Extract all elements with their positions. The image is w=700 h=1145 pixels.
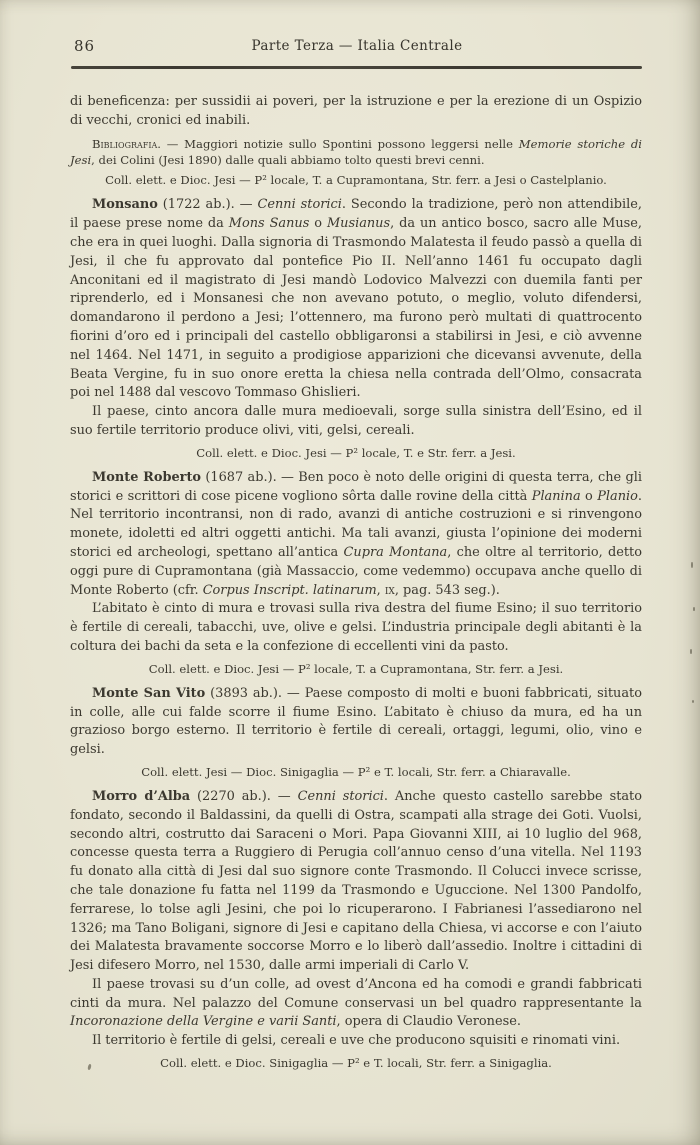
- scan-speck: [691, 562, 693, 568]
- coll-note-chiaravalle: Coll. elett. Jesi — Dioc. Sinigaglia — P…: [70, 764, 642, 780]
- text-segment: , pag. 543 seg.).: [395, 583, 500, 598]
- header-rule: [71, 66, 642, 69]
- scan-speck: [693, 607, 695, 611]
- text-segment: (1722 ab.). —: [158, 197, 258, 212]
- para-monte-roberto-abitato: L’abitato è cinto di mura e trovasi sull…: [70, 600, 642, 656]
- text-segment: Mons Sanus: [229, 216, 310, 231]
- text-segment: Planina: [532, 489, 581, 504]
- text-segment: , dei Colini (Jesi 1890) dalle quali abb…: [91, 153, 484, 167]
- text-segment: Planio: [597, 489, 638, 504]
- para-continuation-beneficenza: di beneficenza: per sussidii ai poveri, …: [70, 93, 642, 131]
- text-segment: . — Maggiori notizie sullo Spontini poss…: [157, 137, 519, 151]
- text-segment: Cenni storici: [298, 789, 384, 804]
- para-morro-paese: Il paese trovasi su d’un colle, ad ovest…: [70, 976, 642, 1032]
- para-monte-san-vito: Monte San Vito (3893 ab.). — Paese compo…: [70, 685, 642, 760]
- text-segment: Coll. elett. e Dioc. Sinigaglia — P² e T…: [160, 1056, 552, 1070]
- text-segment: ,: [377, 583, 385, 598]
- book-page: 86 Parte Terza — Italia Centrale di bene…: [0, 0, 700, 1145]
- text-segment: L’abitato è cinto di mura e trovasi sull…: [70, 601, 642, 654]
- scan-speck: [692, 700, 694, 703]
- text-column: di beneficenza: per sussidii ai poveri, …: [70, 93, 642, 1074]
- text-segment: Coll. elett. e Dioc. Jesi — P² locale, T…: [105, 173, 607, 187]
- text-segment: di beneficenza: per sussidii ai poveri, …: [70, 94, 642, 128]
- text-segment: . Anche questo castello sarebbe stato fo…: [70, 789, 642, 973]
- bibliografia-note: Bibliografia. — Maggiori notizie sullo S…: [70, 136, 642, 169]
- text-segment: Coll. elett. e Dioc. Jesi — P² locale, T…: [149, 662, 563, 676]
- text-segment: Monte Roberto: [92, 470, 201, 485]
- running-title: Parte Terza — Italia Centrale: [72, 38, 642, 54]
- text-segment: Cenni storici: [258, 197, 342, 212]
- text-segment: Monsano: [92, 197, 158, 212]
- text-segment: ix: [385, 583, 395, 598]
- para-monsano-paese: Il paese, cinto ancora dalle mura medioe…: [70, 403, 642, 441]
- para-morro-dalba: Morro d’Alba (2270 ab.). — Cenni storici…: [70, 788, 642, 976]
- para-morro-territorio: Il territorio è fertile di gelsi, cereal…: [70, 1032, 642, 1051]
- coll-note-jesi: Coll. elett. e Dioc. Jesi — P² locale, T…: [70, 445, 642, 461]
- text-segment: Bibliografia: [92, 137, 157, 151]
- text-segment: (2270 ab.). —: [190, 789, 298, 804]
- text-segment: , opera di Claudio Veronese.: [337, 1014, 521, 1029]
- text-segment: Coll. elett. Jesi — Dioc. Sinigaglia — P…: [141, 765, 571, 779]
- para-monte-roberto: Monte Roberto (1687 ab.). — Ben poco è n…: [70, 469, 642, 601]
- text-segment: Monte San Vito: [92, 686, 205, 701]
- text-segment: Cupra Montana: [344, 545, 448, 560]
- text-segment: Morro d’Alba: [92, 789, 190, 804]
- text-segment: Incoronazione della Vergine e varii Sant…: [70, 1014, 337, 1029]
- text-segment: o: [581, 489, 598, 504]
- coll-note-cupramontana: Coll. elett. e Dioc. Jesi — P² locale, T…: [70, 661, 642, 677]
- text-segment: Coll. elett. e Dioc. Jesi — P² locale, T…: [196, 446, 515, 460]
- coll-note-sinigaglia: Coll. elett. e Dioc. Sinigaglia — P² e T…: [70, 1055, 642, 1071]
- text-segment: Corpus Inscript. latinarum: [203, 583, 377, 598]
- text-segment: Musianus: [327, 216, 390, 231]
- text-segment: o: [309, 216, 327, 231]
- text-segment: Il paese trovasi su d’un colle, ad ovest…: [70, 977, 642, 1011]
- text-segment: Il paese, cinto ancora dalle mura medioe…: [70, 404, 642, 438]
- page-header: 86 Parte Terza — Italia Centrale: [72, 36, 642, 56]
- coll-note-jesi-castelplanio: Coll. elett. e Dioc. Jesi — P² locale, T…: [70, 172, 642, 188]
- text-segment: , da un antico bosco, sacro alle Muse, c…: [70, 216, 642, 400]
- para-monsano: Monsano (1722 ab.). — Cenni storici. Sec…: [70, 196, 642, 403]
- scan-speck: [690, 649, 692, 654]
- text-segment: Il territorio è fertile di gelsi, cereal…: [92, 1033, 620, 1048]
